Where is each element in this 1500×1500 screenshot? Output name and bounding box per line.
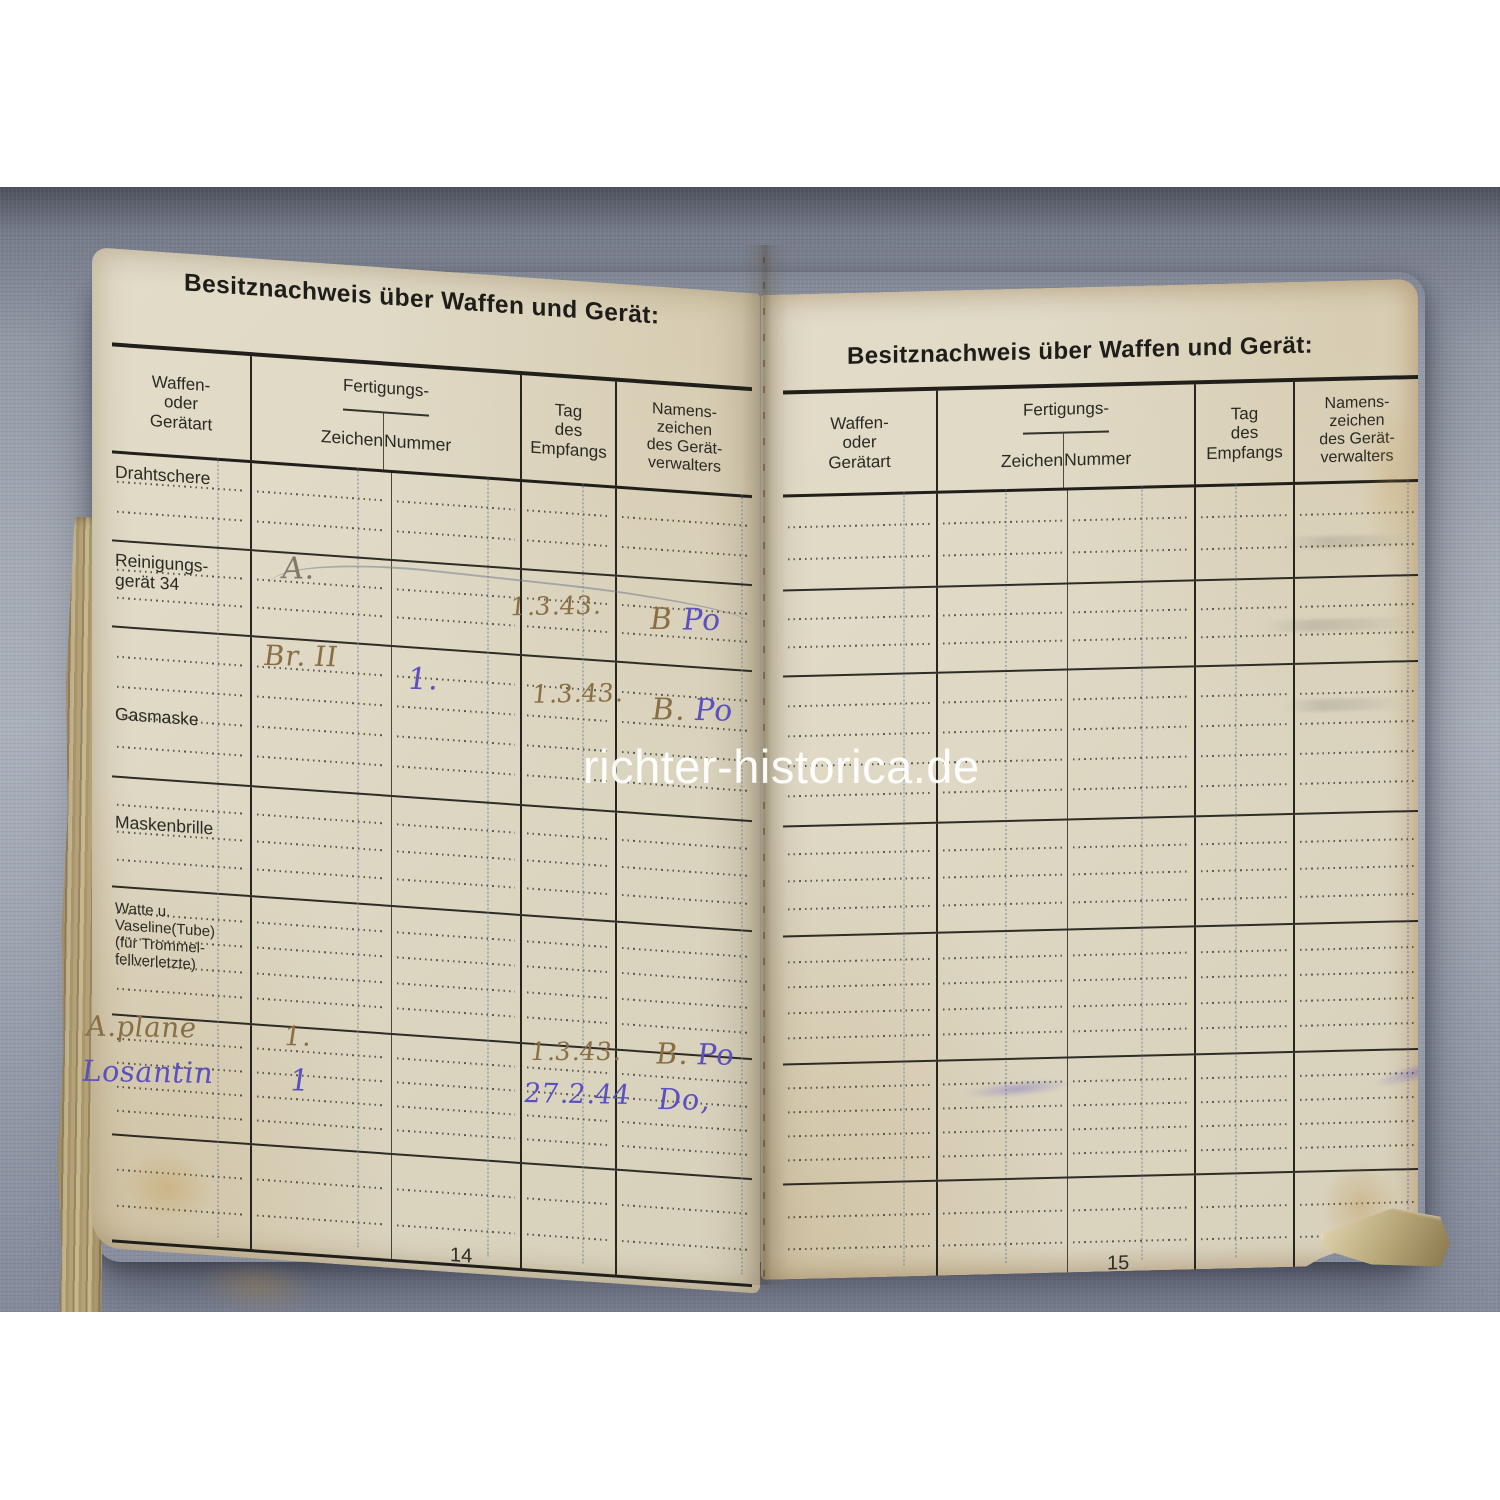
table-cell bbox=[392, 473, 522, 568]
right-table: Waffen- oder Gerätart Fertigungs- Zeiche… bbox=[783, 375, 1419, 1285]
table-cell bbox=[392, 1035, 522, 1162]
table-header: Waffen- oder Gerätart Fertigungs- Zeiche… bbox=[783, 379, 1419, 498]
table-cell bbox=[522, 916, 617, 1049]
table-cell bbox=[617, 1171, 752, 1284]
table-cell bbox=[938, 1178, 1068, 1277]
row-label: Maskenbrille bbox=[115, 812, 213, 839]
handwriting-zeichen-gasmaske: Br. II bbox=[263, 639, 338, 673]
screenshot-canvas: Besitznachweis über Waffen und Gerät: Wa… bbox=[0, 0, 1500, 1500]
table-cell bbox=[1295, 482, 1419, 577]
handwriting-datum-gasmaske: 1.3.43. bbox=[531, 678, 624, 709]
table-cell bbox=[252, 787, 392, 905]
table-cell bbox=[938, 930, 1068, 1059]
table-cell bbox=[522, 482, 617, 575]
table-cell bbox=[1068, 1055, 1196, 1176]
handwriting-nummer-gasmaske: 1. bbox=[407, 662, 438, 698]
handwriting-zeichen-reinigung: A. bbox=[281, 551, 315, 587]
left-table: Waffen- oder Gerätart Fertigungs- Zeiche… bbox=[112, 342, 752, 1287]
ledger-guide-line bbox=[1005, 489, 1007, 1263]
page-title: Besitznachweis über Waffen und Gerät: bbox=[847, 332, 1313, 371]
ledger-guide-line bbox=[1141, 486, 1143, 1260]
table-cell bbox=[1196, 665, 1295, 815]
ledger-guide-line bbox=[1407, 479, 1409, 1253]
table-cell bbox=[938, 820, 1068, 931]
table-cell bbox=[1068, 581, 1196, 668]
handwriting-datum-reinigung: 1.3.43. bbox=[509, 591, 602, 622]
handwriting-namenszeichen-reinigung: B Po bbox=[649, 602, 721, 638]
table-cell bbox=[252, 463, 392, 559]
initial-po: Po bbox=[694, 693, 734, 729]
row-label: Drahtschere bbox=[115, 463, 210, 490]
watermark-text: richter-historica.de bbox=[583, 739, 980, 794]
header-zeichen: Zeichen bbox=[1001, 434, 1064, 490]
initial-po: Po bbox=[682, 602, 722, 638]
table-cell bbox=[1068, 927, 1196, 1056]
header-waffenart: Waffen- oder Gerätart bbox=[112, 346, 252, 460]
table-cell: Maskenbrille bbox=[112, 777, 252, 895]
initial-b: B bbox=[649, 602, 673, 637]
table-cell bbox=[1196, 579, 1295, 665]
initial-b: B. bbox=[655, 1036, 688, 1071]
table-cell bbox=[1295, 576, 1419, 663]
table-row-empty bbox=[783, 922, 1419, 1066]
handwriting-gegenstand-1: A.plane bbox=[85, 1009, 197, 1044]
table-cell bbox=[252, 1145, 392, 1259]
table-cell bbox=[783, 824, 938, 936]
table-cell: Reinigungs- gerät 34 bbox=[112, 541, 252, 635]
table-cell bbox=[1196, 485, 1295, 579]
table-cell bbox=[1068, 1175, 1196, 1274]
row-label: Gasmaske bbox=[115, 705, 199, 731]
table-cell bbox=[783, 1182, 938, 1282]
ledger-guide-line bbox=[903, 491, 905, 1265]
header-fertigungs: Fertigungs- bbox=[1023, 386, 1109, 434]
page-number: 14 bbox=[450, 1244, 472, 1269]
table-cell bbox=[392, 797, 522, 914]
table-cell bbox=[617, 489, 752, 584]
initial-po: Po bbox=[696, 1037, 735, 1072]
handwriting-zeichen-1: 1. bbox=[283, 1021, 311, 1053]
table-cell bbox=[938, 1058, 1068, 1179]
ledger-guide-line bbox=[1235, 483, 1237, 1257]
table-cell bbox=[938, 584, 1068, 671]
table-cell bbox=[1196, 815, 1295, 925]
header-fertigungs: Fertigungs- bbox=[343, 363, 429, 417]
handwriting-datum-1: 1.3.43. bbox=[529, 1037, 622, 1066]
table-row-empty bbox=[783, 812, 1419, 938]
table-cell bbox=[1196, 1053, 1295, 1173]
header-namenszeichen: Namens- zeichen des Gerät- verwalters bbox=[1295, 379, 1419, 482]
table-cell bbox=[1068, 817, 1196, 928]
table-cell bbox=[783, 588, 938, 676]
handwriting-namenszeichen-1: B. Po bbox=[655, 1036, 735, 1071]
row-label: Watte u. Vaseline(Tube) (für Trommel- fe… bbox=[115, 900, 215, 975]
header-tag-des-empfangs: Tag des Empfangs bbox=[522, 375, 617, 486]
ledger-guide-line bbox=[741, 494, 743, 1274]
ledger-guide-line bbox=[217, 458, 219, 1238]
handwriting-namenszeichen-2: Do, bbox=[657, 1082, 710, 1117]
table-cell bbox=[783, 494, 938, 590]
table-cell bbox=[1295, 662, 1419, 813]
table-cell bbox=[783, 1062, 938, 1184]
table-cell: Watte u. Vaseline(Tube) (für Trommel- fe… bbox=[112, 887, 252, 1023]
table-cell bbox=[522, 806, 617, 921]
table-cell bbox=[783, 934, 938, 1064]
header-nummer: Nummer bbox=[1064, 432, 1131, 488]
table-cell bbox=[617, 813, 752, 930]
table-cell bbox=[112, 1135, 252, 1249]
row-label: Reinigungs- gerät 34 bbox=[115, 551, 208, 597]
initial-b: B. bbox=[651, 692, 685, 728]
table-cell bbox=[1295, 1050, 1419, 1171]
table-cell bbox=[392, 907, 522, 1042]
table-cell bbox=[1295, 812, 1419, 923]
table-cell: Drahtschere bbox=[112, 453, 252, 549]
table-row-empty bbox=[783, 482, 1419, 592]
table-cell bbox=[1196, 1173, 1295, 1271]
table-cell: Gasmaske bbox=[112, 627, 252, 785]
header-waffenart: Waffen- oder Gerätart bbox=[783, 391, 938, 495]
table-row-empty bbox=[783, 576, 1419, 678]
handwriting-datum-2: 27.2.44 bbox=[523, 1078, 631, 1111]
header-namenszeichen: Namens- zeichen des Gerät- verwalters bbox=[617, 382, 752, 495]
header-nummer: Nummer bbox=[384, 413, 451, 474]
handwriting-namenszeichen-gasmaske: B. Po bbox=[651, 692, 733, 728]
table-cell bbox=[252, 897, 392, 1033]
table-row-empty bbox=[783, 1050, 1419, 1186]
table-cell bbox=[1068, 667, 1196, 818]
handwriting-gegenstand-2: Losantin bbox=[81, 1054, 214, 1090]
photo-background: Besitznachweis über Waffen und Gerät: Wa… bbox=[0, 187, 1500, 1312]
handwriting-zeichen-2: 1 bbox=[289, 1063, 310, 1098]
header-zeichen: Zeichen bbox=[321, 409, 384, 470]
table-cell bbox=[1196, 925, 1295, 1053]
header-fertigungs-group: Fertigungs- Zeichen Nummer bbox=[252, 356, 522, 479]
header-fertigungs-group: Fertigungs- Zeichen Nummer bbox=[938, 384, 1196, 490]
table-cell bbox=[938, 490, 1068, 585]
table-cell bbox=[522, 1164, 617, 1275]
table-cell bbox=[1068, 487, 1196, 582]
table-cell bbox=[252, 1025, 392, 1153]
table-cell bbox=[1295, 922, 1419, 1051]
header-tag-des-empfangs: Tag des Empfangs bbox=[1196, 382, 1295, 484]
